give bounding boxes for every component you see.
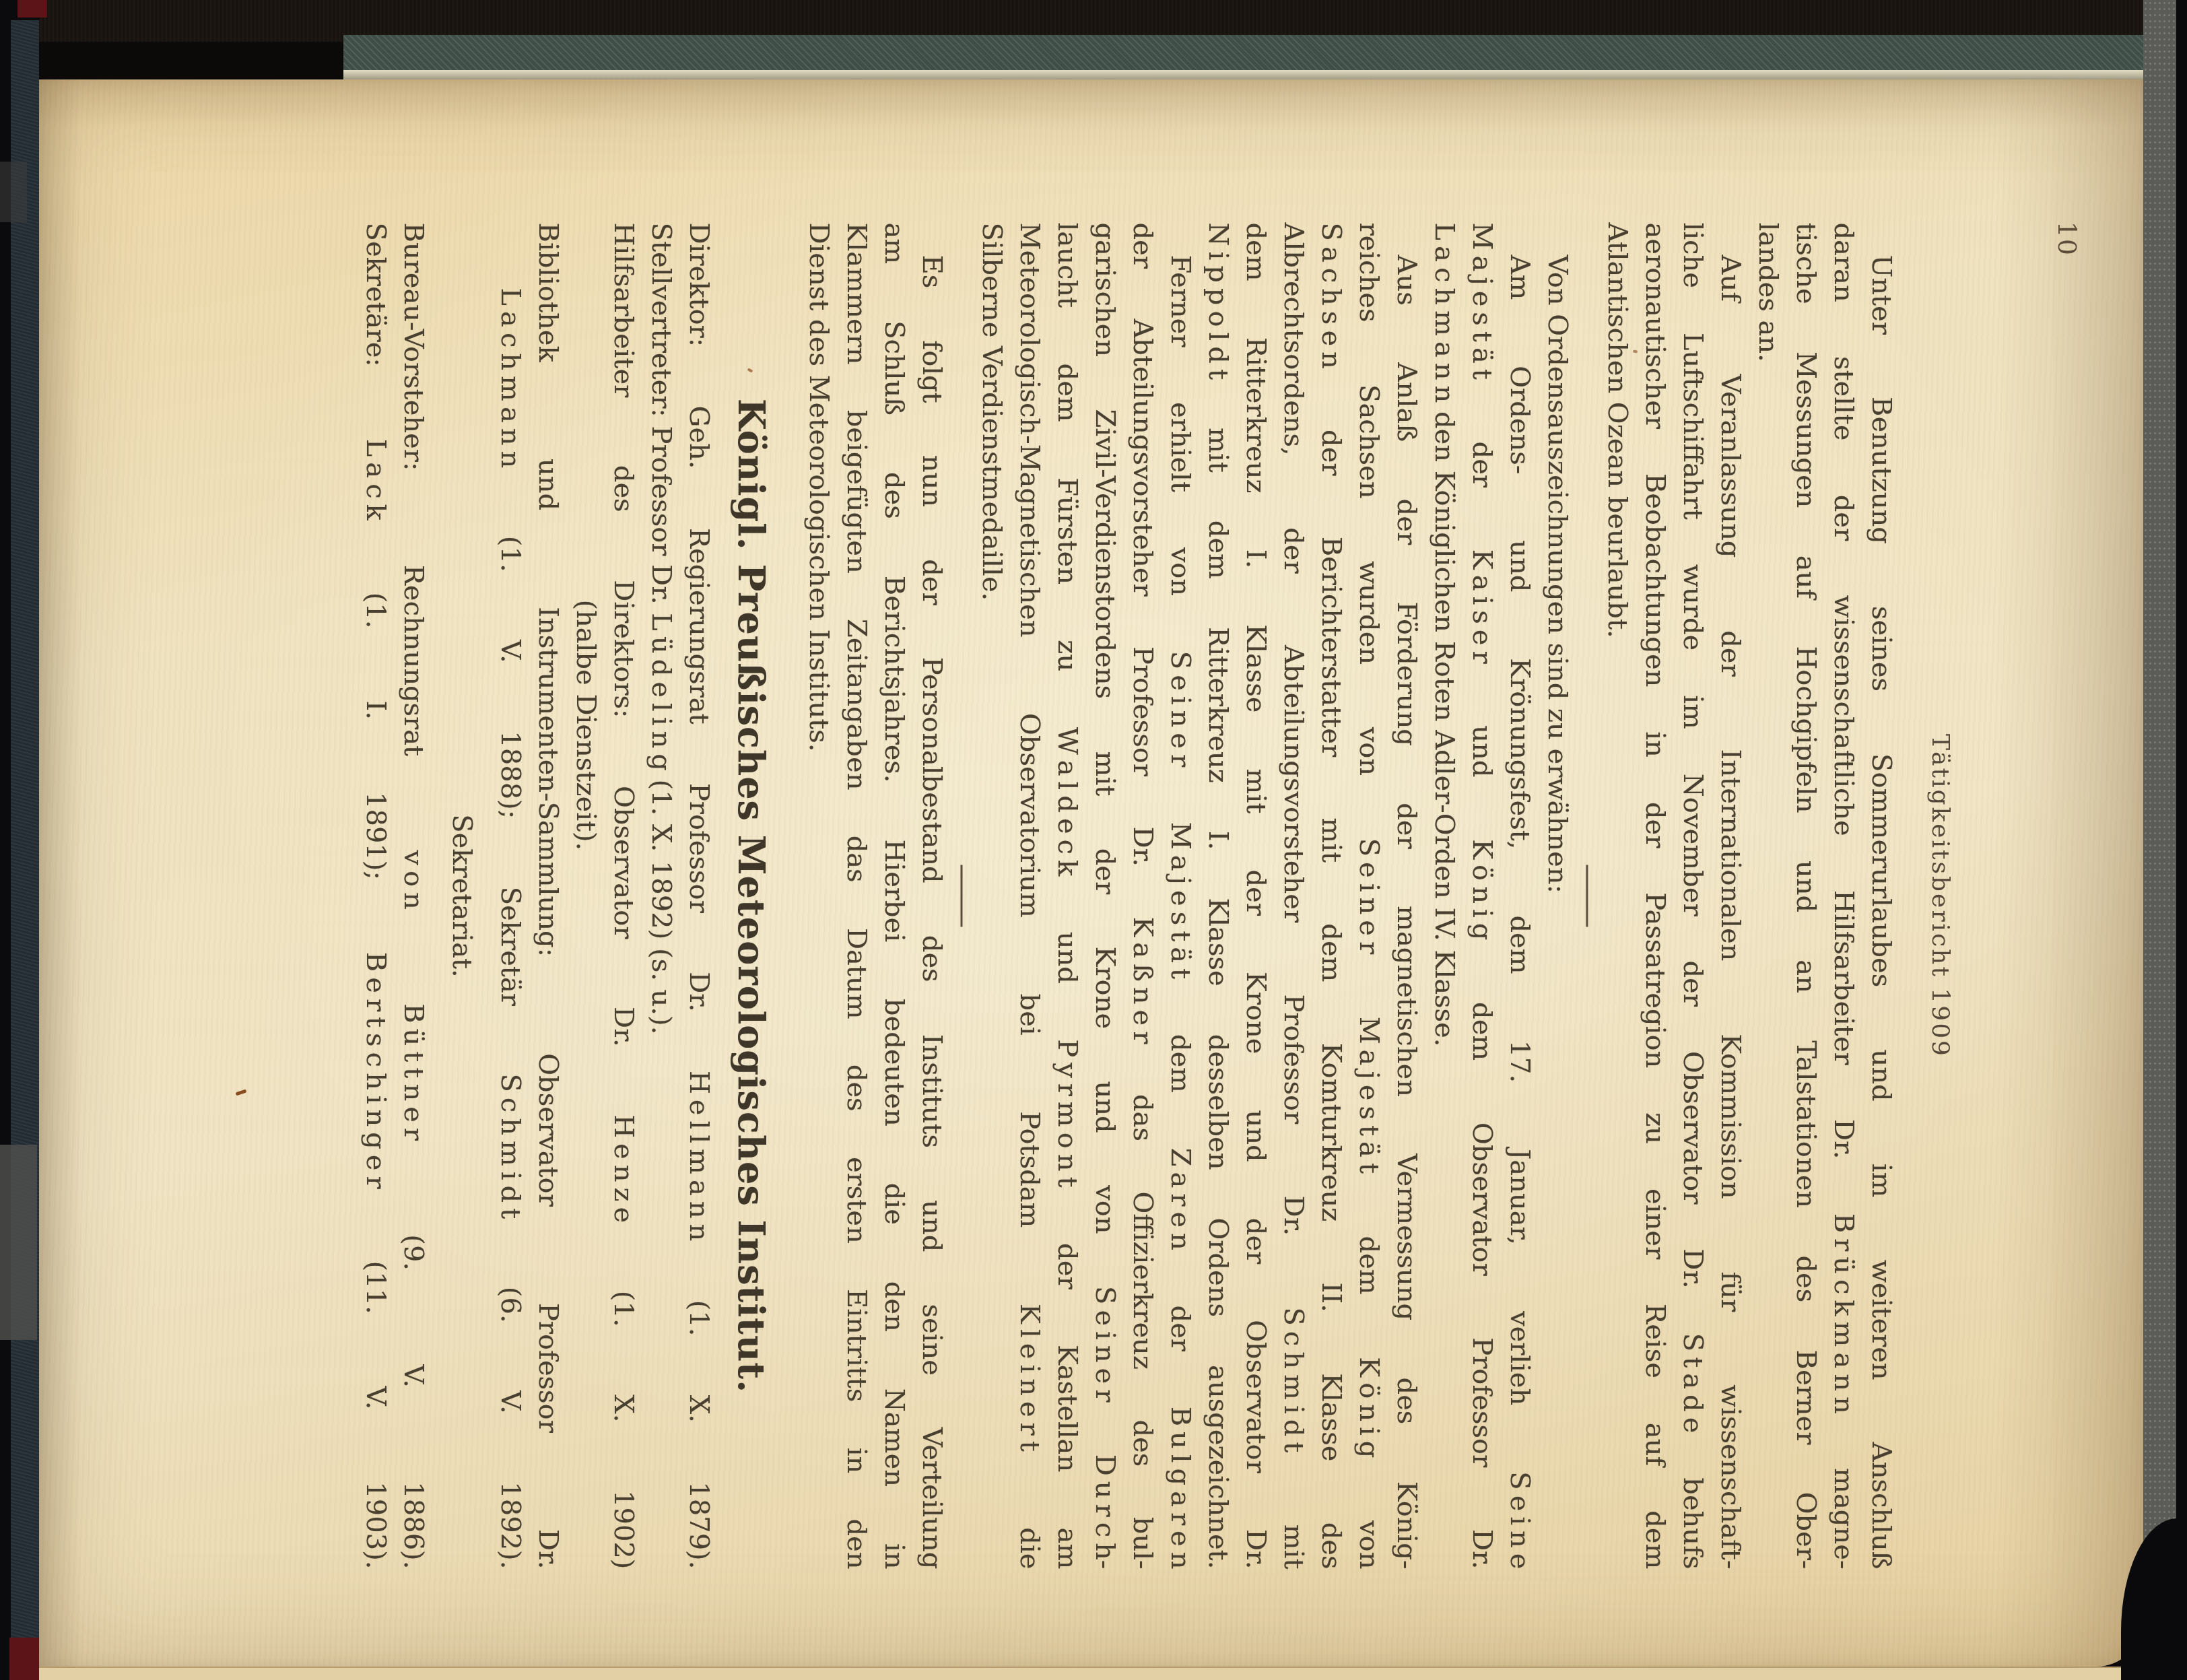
text-line: AmOrdens-undKrönungsfest,dem17.Januar,ve… (1500, 255, 1538, 1569)
background-right (2176, 0, 2187, 1680)
page-content-rotated: 10 Tätigkeitsbericht 1909 UnterBenutzung… (39, 79, 2143, 1667)
text-line: lauchtdemFürstenzuW a l d e c kundP y r … (1048, 222, 1085, 1569)
book-scan-scene: 10 Tätigkeitsbericht 1909 UnterBenutzung… (0, 0, 2187, 1680)
text-line: (halbe Dienstzeit). (566, 599, 604, 1569)
text-line: Silberne Verdienstmedaille. (972, 222, 1010, 1569)
text-line: Direktor:Geh.RegierungsratProfessorDr.H … (679, 222, 717, 1569)
text-line: Meteorologisch-MagnetischenObservatorium… (1010, 222, 1048, 1569)
text-line: Von Ordensauszeichnungen sind zu erwähne… (1538, 255, 1576, 1569)
text-line: licheLuftschiffahrtwurdeimNovemberderObs… (1673, 222, 1711, 1569)
page-edges-bottom (39, 1667, 2143, 1680)
text-line: garischenZivil-VerdienstordensmitderKron… (1085, 222, 1123, 1569)
text-line: M a j e s t ä tderK a i s e rundK ö n i … (1462, 222, 1500, 1569)
text-column: UnterBenutzungseinesSommerurlaubesundimw… (356, 222, 1899, 1569)
text-line: L a c h m a n n(1.V.1888);SekretärS c h … (491, 288, 529, 1569)
text-line: demRitterkreuzI.KlassemitderKroneundderO… (1236, 222, 1274, 1569)
text-line: BibliothekundInstrumenten-Sammlung:Obser… (529, 222, 566, 1569)
text-line: N i p p o l d tmitdemRitterkreuzI.Klasse… (1199, 222, 1236, 1569)
text-line: FernererhieltvonS e i n e rM a j e s t ä… (1161, 255, 1199, 1569)
text-line: S a c h s e nderBerichterstattermitdemKo… (1312, 222, 1349, 1569)
text-line: landes an. (1749, 222, 1786, 1569)
cover-red-corner-bottom (9, 1638, 39, 1680)
text-line: aeronautischerBeobachtungeninderPassatre… (1636, 222, 1673, 1569)
scanned-page: 10 Tätigkeitsbericht 1909 UnterBenutzung… (39, 79, 2143, 1667)
sub-heading: Sekretariat. (442, 222, 480, 1569)
section-rule (960, 865, 962, 927)
text-line: KlammernbeigefügtenZeitangabendasDatumde… (837, 222, 875, 1569)
text-line: HilfsarbeiterdesDirektors:ObservatorDr.H… (604, 222, 642, 1569)
text-line: AufVeranlassungderInternationalenKommiss… (1711, 255, 1749, 1569)
cover-green-cloth-strip (343, 35, 2169, 72)
text-line: Bureau-Vorsteher:Rechnungsratv o nB ü t … (394, 222, 432, 1569)
text-line: L a c h m a n n den Königlichen Roten Ad… (1425, 222, 1462, 1569)
running-head: Tätigkeitsbericht 1909 (1926, 222, 1953, 1569)
text-line: Stellvertreter: Professor Dr. L ü d e l … (642, 222, 679, 1569)
text-line: Dienst des Meteorologischen Instituts. (799, 222, 837, 1569)
text-line: UnterBenutzungseinesSommerurlaubesundimw… (1862, 255, 1899, 1569)
text-line: EsfolgtnunderPersonalbestanddesInstituts… (912, 255, 950, 1569)
cover-wear-patch (0, 1145, 37, 1340)
cover-left-cloth (11, 20, 39, 1680)
section-heading: Königl. Preußisches Meteorologisches Ins… (729, 222, 772, 1569)
cover-red-corner-top (18, 0, 47, 18)
text-line: Albrechtsordens,derAbteilungsvorsteherPr… (1274, 222, 1312, 1569)
text-line: amSchlußdesBerichtsjahres.Hierbeibedeute… (875, 222, 912, 1569)
text-line: tischeMessungenaufHochgipfelnundanTalsta… (1786, 222, 1824, 1569)
text-line: derAbteilungsvorsteherProfessorDr.K a ß … (1123, 222, 1161, 1569)
page-block-right-edge (2143, 0, 2176, 1680)
cover-wear-patch-small (0, 162, 27, 222)
page-number: 10 (2052, 221, 2081, 256)
text-line: AusAnlaßderFörderungdermagnetischenVerme… (1387, 255, 1425, 1569)
text-line: Atlantischen Ozean beurlaubt. (1598, 222, 1636, 1569)
text-line: daranstelltederwissenschaftlicheHilfsarb… (1824, 222, 1862, 1569)
text-line: Sekretäre:L a c k(1.I.1891);B e r t s c … (356, 222, 394, 1569)
text-line: reichesSachsenwurdenvonS e i n e rM a j … (1349, 222, 1387, 1569)
section-rule (1586, 865, 1588, 927)
